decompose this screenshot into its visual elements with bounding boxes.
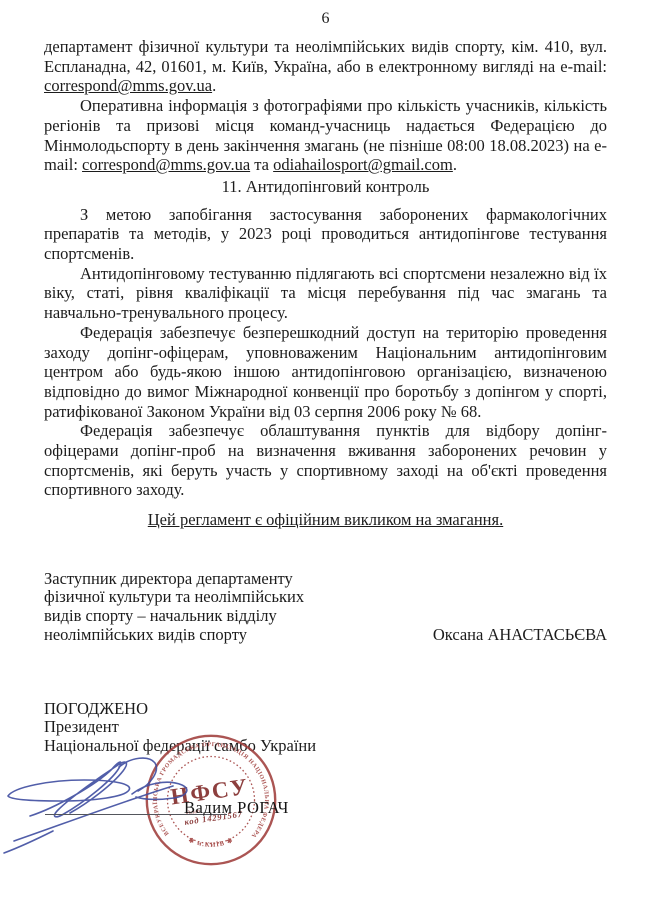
signatory-title: Заступник директора департаменту фізично… <box>44 570 304 644</box>
approval-position: Президент <box>44 718 607 736</box>
signatory-title-line: неолімпійських видів спорту <box>44 626 304 645</box>
paragraph-operational-info: Оперативна інформація з фотографіями про… <box>44 96 607 175</box>
operational-info-conjunction: та <box>250 155 273 174</box>
approval-label: ПОГОДЖЕНО <box>44 700 607 718</box>
document-content: 6 департамент фізичної культури та неолі… <box>0 0 650 755</box>
paragraph-contact-address: департамент фізичної культури та неолімп… <box>44 37 607 96</box>
contact-address-period: . <box>212 76 216 95</box>
paragraph-testing-scope: Антидопінговому тестуванню підлягають вс… <box>44 264 607 323</box>
paragraph-antidoping-purpose: З метою запобігання застосування заборон… <box>44 205 607 264</box>
handwritten-signature <box>0 740 212 862</box>
signatory-title-line: видів спорту – начальник відділу <box>44 607 304 626</box>
signatory-name: Оксана АНАСТАСЬЄВА <box>433 626 607 645</box>
signatory-title-line: Заступник директора департаменту <box>44 570 304 589</box>
signatory-title-line: фізичної культури та неолімпійських <box>44 588 304 607</box>
page-number: 6 <box>44 10 607 28</box>
email-link-gmail[interactable]: odiahailosport@gmail.com <box>273 155 453 174</box>
signatory-block: Заступник директора департаменту фізично… <box>44 570 607 644</box>
operational-info-period: . <box>453 155 457 174</box>
signature-ink-icon <box>0 740 212 862</box>
paragraph-doping-stations: Федерація забезпечує облаштування пункті… <box>44 421 607 500</box>
section-heading-antidoping: 11. Антидопінговий контроль <box>44 177 607 197</box>
paragraph-doping-officers-access: Федерація забезпечує безперешкодний дост… <box>44 323 607 422</box>
email-link-mms-2[interactable]: correspond@mms.gov.ua <box>82 155 250 174</box>
official-invitation-statement: Цей регламент є офіційним викликом на зм… <box>44 510 607 530</box>
document-body: департамент фізичної культури та неолімп… <box>44 37 607 530</box>
signature-strokes <box>4 758 187 853</box>
contact-address-text: департамент фізичної культури та неолімп… <box>44 37 607 76</box>
email-link-mms[interactable]: correspond@mms.gov.ua <box>44 76 212 95</box>
document-page: 6 департамент фізичної культури та неолі… <box>0 0 650 922</box>
president-name: Вадим РОГАЧ <box>184 798 289 818</box>
